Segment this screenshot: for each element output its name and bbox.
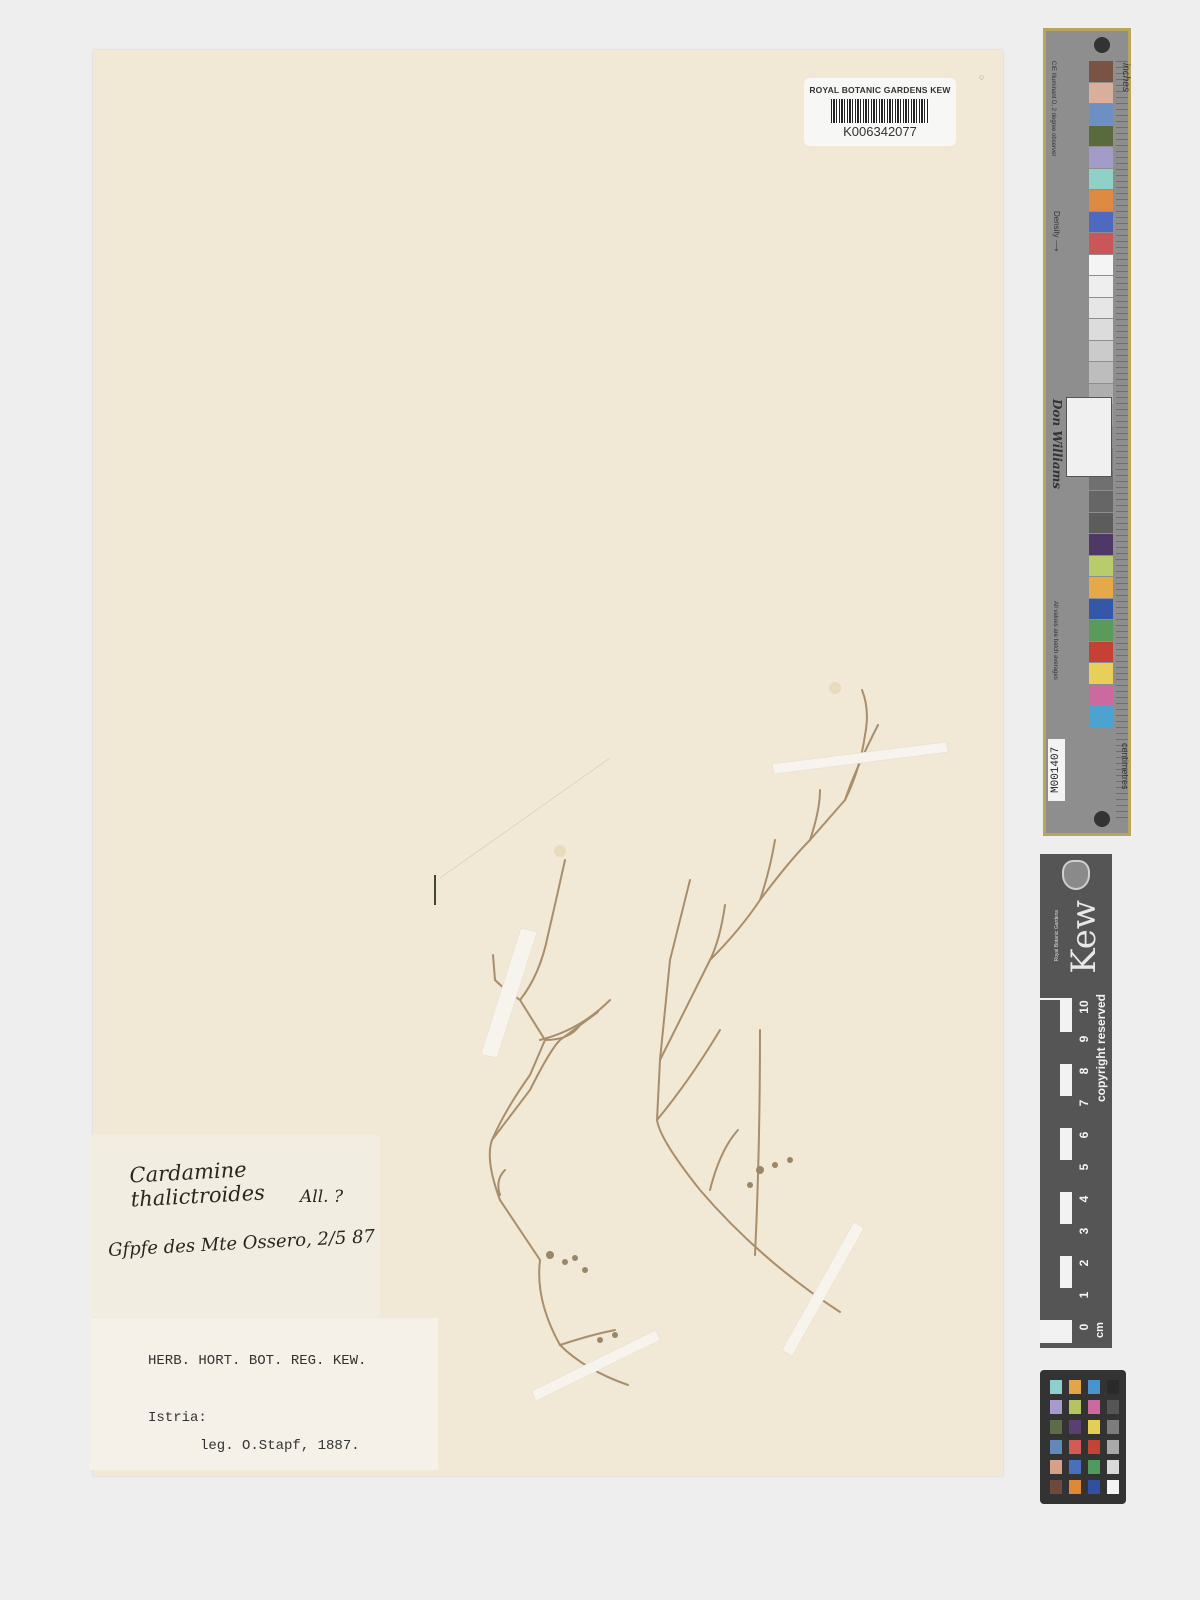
checker-swatch [1107, 1400, 1119, 1414]
scale-segment [1040, 1160, 1060, 1192]
checker-swatch [1069, 1380, 1081, 1394]
scale-segment [1040, 1256, 1060, 1288]
checker-swatch [1069, 1440, 1081, 1454]
checker-swatch [1088, 1380, 1100, 1394]
color-patch [1089, 255, 1113, 276]
scale-segment [1040, 1288, 1060, 1320]
illuminant-note: CIE Illuminant D, 2 degree observer [1050, 61, 1056, 156]
scale-segment [1040, 1224, 1060, 1256]
checker-swatch [1050, 1460, 1062, 1474]
color-patch [1089, 147, 1113, 168]
checker-swatch [1069, 1420, 1081, 1434]
checker-swatch [1050, 1380, 1062, 1394]
color-patch [1089, 556, 1113, 577]
checker-swatch [1050, 1480, 1062, 1494]
determination-label: Cardamine thalictroides All. ? Gfpfe des… [90, 1135, 380, 1317]
color-patch [1089, 620, 1113, 641]
brand-label: Don Williams [1050, 399, 1064, 489]
scale-number: 8 [1077, 1063, 1091, 1079]
checker-swatch [1050, 1420, 1062, 1434]
kew-scale-bar: Kew Royal Botanic Gardens copyright rese… [1040, 854, 1112, 1348]
inches-label: inches [1120, 63, 1131, 92]
scale-segment [1060, 1224, 1072, 1256]
checker-swatch [1107, 1420, 1119, 1434]
scale-number: 1 [1077, 1287, 1091, 1303]
royal-crest-icon [1062, 860, 1090, 890]
scale-number: 7 [1077, 1095, 1091, 1111]
collection-region: Istria: [148, 1410, 207, 1426]
corner-mark: ○ [979, 72, 984, 82]
checker-swatch [1069, 1400, 1081, 1414]
color-patch [1089, 534, 1113, 555]
checker-swatch [1069, 1460, 1081, 1474]
color-patch [1089, 685, 1113, 706]
scale-number: 9 [1077, 1031, 1091, 1047]
color-patch [1089, 706, 1113, 727]
color-patch [1089, 642, 1113, 663]
color-checker-card [1040, 1370, 1126, 1504]
scale-number: 4 [1077, 1191, 1091, 1207]
checker-swatch [1088, 1440, 1100, 1454]
centimetres-label: centimetres [1120, 743, 1130, 790]
barcode-number: K006342077 [804, 124, 956, 139]
color-patch [1089, 298, 1113, 319]
herbarium-label: HERB. HORT. BOT. REG. KEW. Istria: leg. … [90, 1318, 438, 1470]
color-patch [1089, 61, 1113, 82]
scale-number: 5 [1077, 1159, 1091, 1175]
color-patch [1089, 190, 1113, 211]
color-patch [1089, 577, 1113, 598]
scale-segment [1040, 1096, 1060, 1128]
scale-segment [1040, 1064, 1060, 1096]
color-patch [1089, 491, 1113, 512]
color-patch [1089, 341, 1113, 362]
checker-swatch [1088, 1460, 1100, 1474]
color-patch [1089, 319, 1113, 340]
color-patch [1089, 83, 1113, 104]
color-patch [1089, 276, 1113, 297]
color-patch [1089, 362, 1113, 383]
collector-line: leg. O.Stapf, 1887. [200, 1438, 360, 1454]
color-patch [1089, 233, 1113, 254]
batch-note: All values are batch averages [1052, 601, 1058, 680]
herbarium-name: HERB. HORT. BOT. REG. KEW. [148, 1353, 366, 1369]
scale-number: 3 [1077, 1223, 1091, 1239]
scale-segment [1060, 1032, 1072, 1064]
scale-number: 0 [1077, 1319, 1091, 1335]
hole-icon [1094, 37, 1110, 53]
scale-number: 6 [1077, 1127, 1091, 1143]
checker-swatch [1088, 1420, 1100, 1434]
checker-swatch [1088, 1480, 1100, 1494]
cm-unit: cm [1094, 1322, 1106, 1338]
handwritten-locality: Gfpfe des Mte Ossero, 2/5 87 [108, 1226, 376, 1261]
scale-segment [1060, 1288, 1072, 1320]
taxon-authority: All. ? [300, 1187, 343, 1207]
checker-swatch [1050, 1440, 1062, 1454]
scale-segment [1040, 1192, 1060, 1224]
checker-swatch [1107, 1440, 1119, 1454]
barcode-label: ROYAL BOTANIC GARDENS KEW K006342077 [804, 78, 956, 146]
checker-swatch [1088, 1400, 1100, 1414]
color-patch [1089, 169, 1113, 190]
density-label: Density ⟶ [1052, 211, 1061, 251]
kew-logo-subtitle: Royal Botanic Gardens [1054, 910, 1060, 961]
chart-id-tag: M001407 [1048, 739, 1065, 801]
color-patch [1089, 513, 1113, 534]
institution-name: ROYAL BOTANIC GARDENS KEW [804, 85, 956, 95]
scale-segment [1060, 1160, 1072, 1192]
hole-icon [1094, 811, 1110, 827]
color-patches [1089, 61, 1113, 728]
copyright-text: copyright reserved [1094, 994, 1108, 1102]
resolution-target [1066, 397, 1112, 477]
color-patch [1089, 663, 1113, 684]
kew-logo: Kew [1064, 900, 1104, 974]
scale-number: 2 [1077, 1255, 1091, 1271]
cm-scale [1040, 998, 1072, 1343]
checker-swatch [1107, 1480, 1119, 1494]
color-patch [1089, 212, 1113, 233]
color-patch [1089, 126, 1113, 147]
scale-segment [1040, 1128, 1060, 1160]
checker-swatch [1069, 1480, 1081, 1494]
scale-number: 10 [1077, 999, 1091, 1015]
scale-segment [1040, 1032, 1060, 1064]
color-patch [1089, 104, 1113, 125]
scale-segment [1040, 1000, 1060, 1032]
color-calibration-bar: inches centimetres CIE Illuminant D, 2 d… [1043, 28, 1131, 836]
color-patch [1089, 599, 1113, 620]
scale-segment [1060, 1096, 1072, 1128]
barcode-icon [831, 99, 929, 123]
checker-swatch [1107, 1460, 1119, 1474]
inch-cm-ruler [1116, 61, 1128, 821]
checker-swatch [1050, 1400, 1062, 1414]
taxon-name: Cardamine thalictroides [129, 1150, 381, 1211]
checker-swatch [1107, 1380, 1119, 1394]
